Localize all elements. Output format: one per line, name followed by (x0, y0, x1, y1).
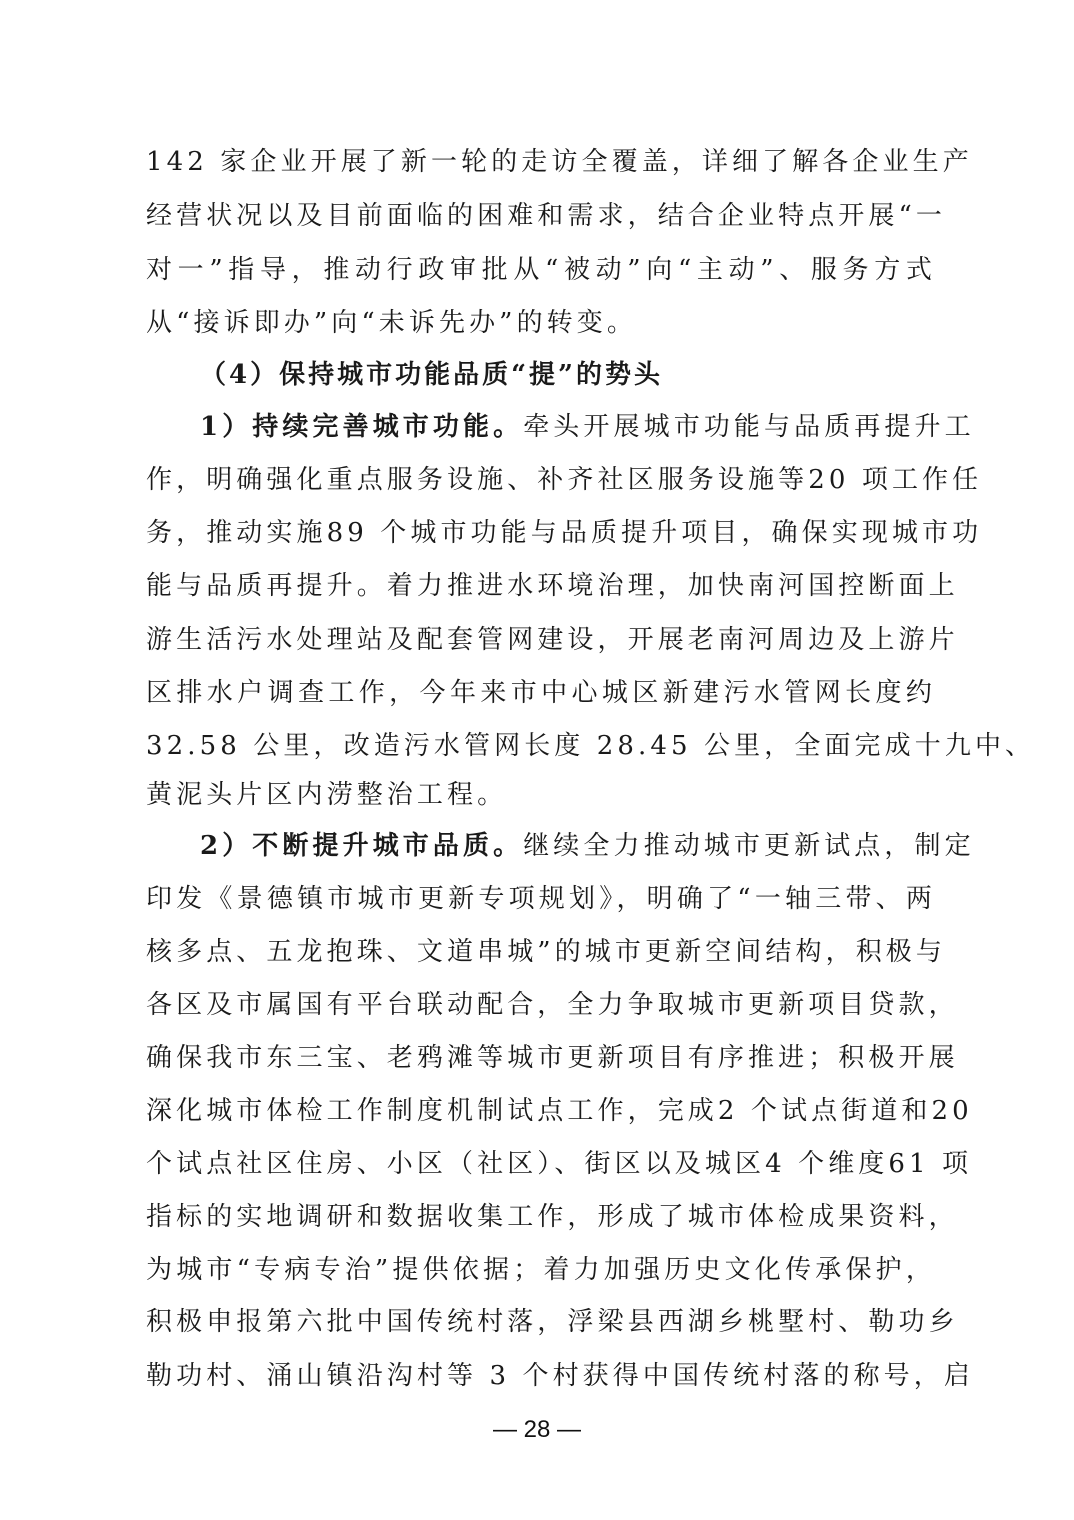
body-text-line: 142 家企业开展了新一轮的走访全覆盖，详细了解各企业生产 (146, 144, 936, 180)
body-text-line: 区排水户调查工作，今年来市中心城区新建污水管网长度约 (146, 675, 936, 711)
body-text-line: 勒功村、涌山镇沿沟村等 3 个村获得中国传统村落的称号，启 (146, 1358, 936, 1394)
body-text-line: 核多点、五龙抱珠、文道串城”的城市更新空间结构，积极与 (146, 934, 936, 970)
body-text-line: 个试点社区住房、小区（社区）、街区以及城区4 个维度61 项 (146, 1146, 936, 1182)
body-text-line: 各区及市属国有平台联动配合，全力争取城市更新项目贷款， (146, 987, 936, 1023)
body-text-line: 为城市“专病专治”提供依据；着力加强历史文化传承保护， (146, 1252, 936, 1288)
document-page: 142 家企业开展了新一轮的走访全覆盖，详细了解各企业生产 经营状况以及目前面临… (0, 0, 1074, 1520)
body-text-line: 确保我市东三宝、老鸦滩等城市更新项目有序推进；积极开展 (146, 1040, 936, 1076)
paragraph-first-line: 2）不断提升城市品质。继续全力推动城市更新试点，制定 (200, 828, 936, 864)
body-text-line: 深化城市体检工作制度机制试点工作，完成2 个试点街道和20 (146, 1093, 936, 1129)
paragraph-lead-title: 2）不断提升城市品质。 (200, 831, 523, 861)
body-text-line: 黄泥头片区内涝整治工程。 (146, 777, 936, 813)
section-heading: （4）保持城市功能品质“提”的势头 (200, 357, 663, 393)
body-text-line: 务，推动实施89 个城市功能与品质提升项目，确保实现城市功 (146, 515, 936, 551)
body-text-line: 印发《景德镇市城市更新专项规划》，明确了“一轴三带、两 (146, 881, 936, 917)
body-text-line: 对一”指导，推动行政审批从“被动”向“主动”、服务方式 (146, 252, 936, 288)
body-text-line: 经营状况以及目前面临的困难和需求，结合企业特点开展“一 (146, 198, 936, 234)
body-text-line: 从“接诉即办”向“未诉先办”的转变。 (146, 305, 936, 341)
body-text-line: 能与品质再提升。着力推进水环境治理，加快南河国控断面上 (146, 568, 936, 604)
body-text-line: 32.58 公里，改造污水管网长度 28.45 公里，全面完成十九中、 (146, 728, 936, 764)
paragraph-lead-title: 1）持续完善城市功能。 (200, 412, 523, 442)
body-text-line: 游生活污水处理站及配套管网建设，开展老南河周边及上游片 (146, 622, 936, 658)
paragraph-lead-text: 牵头开展城市功能与品质再提升工 (523, 412, 975, 442)
body-text-line: 积极申报第六批中国传统村落，浮梁县西湖乡桃墅村、勒功乡 (146, 1304, 936, 1340)
paragraph-lead-text: 继续全力推动城市更新试点，制定 (523, 831, 975, 861)
paragraph-first-line: 1）持续完善城市功能。牵头开展城市功能与品质再提升工 (200, 409, 936, 445)
page-number: — 28 — (0, 1415, 1074, 1445)
body-text-line: 指标的实地调研和数据收集工作，形成了城市体检成果资料， (146, 1199, 936, 1235)
body-text-line: 作，明确强化重点服务设施、补齐社区服务设施等20 项工作任 (146, 462, 936, 498)
